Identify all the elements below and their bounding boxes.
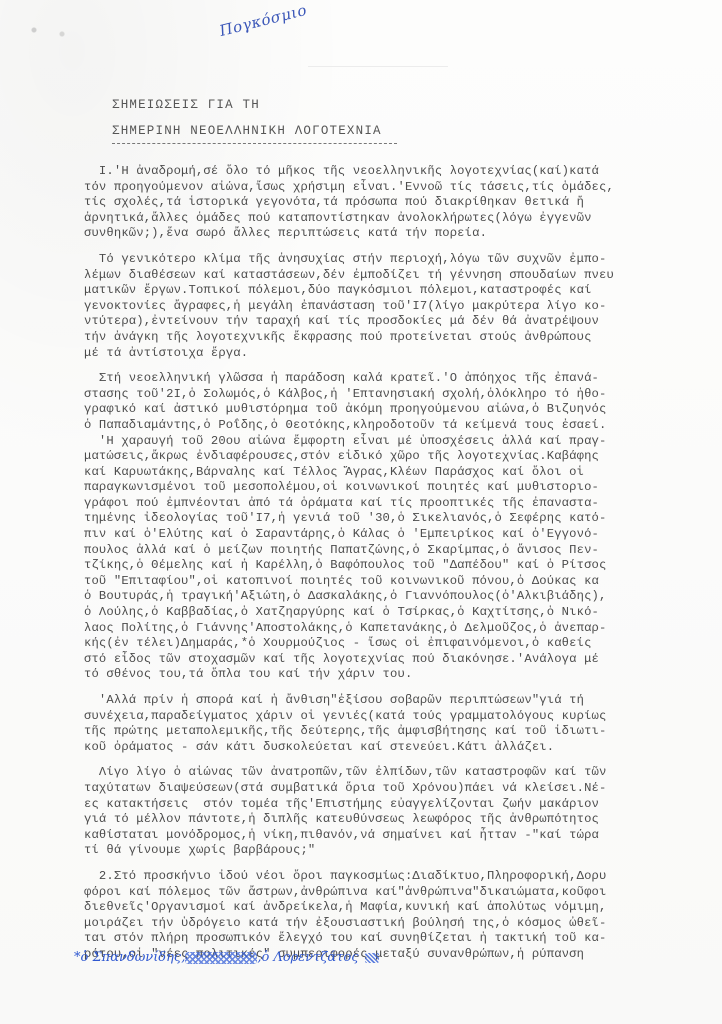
text-line: στό εἶδος τῶν στοχασμῶν καί τῆς λογοτεχν… [84,652,722,668]
text-line: πουλος ἀλλά καί ὁ μείζων ποιητής Παπατζώ… [84,543,722,559]
title-line-2: ΣΗΜΕΡΙΝΗ ΝΕΟΕΛΛΗΝΙΚΗ ΛΟΓΟΤΕΧΝΙΑ [112,118,382,144]
handwritten-footnote: *ὁ Σπανδωνίδης,,ὁ Λορεντζάτος [74,950,379,965]
paragraph: I.'Η ἀναδρομή,σέ ὅλο τό μῆκος τῆς νεοελλ… [84,164,722,242]
text-line: γραφικό καί ἀστικό μυθιστόρημα τοῦ ἀκόμη… [84,402,722,418]
text-line: τί θά γίνουμε χωρίς βαρβάρους;" [84,843,722,859]
text-line: Στή νεοελληνική γλῶσσα ἡ παράδοση καλά κ… [84,371,722,387]
text-line: ματώσεις,ἄκρως ἐνδιαφέρουσες,στόν εἰδικό… [84,449,722,465]
text-line: διεθνεῖς'Οργανισμοί καί ἀνδρείκελα,ἡ Μαφ… [84,900,722,916]
text-line: 'Η χαραυγή τοῦ 20ου αἰώνα ἔμφορτη εἶναι … [84,434,722,450]
text-line: ὁ Λούλης,ὁ Καββαδίας,ὁ Χατζηαργύρης καί … [84,605,722,621]
text-line: καί Καρυωτάκης,Βάρναλης καί Τέλλος Ἄγρας… [84,465,722,481]
footnote-prefix: *ὁ Σπανδωνίδης, [74,950,185,965]
text-line: λέμων διαθέσεων καί καταστάσεων,δέν ἐμπο… [84,268,722,284]
text-line: στασης τοῦ'2I,ὁ Σολωμός,ὁ Κάλβος,ἡ 'Επτα… [84,387,722,403]
text-line: ματικῶν ἔργων.Τοπικοί πόλεμοι,δύο παγκόσ… [84,283,722,299]
text-line: ταχύτατων διαψεύσεων(στά συμβατικά ὅρια … [84,781,722,797]
document-body: I.'Η ἀναδρομή,σέ ὅλο τό μῆκος τῆς νεοελλ… [84,164,722,963]
paragraph: Στή νεοελληνική γλῶσσα ἡ παράδοση καλά κ… [84,371,722,683]
text-line: ται στόν πλήρη προσωπικόν ἔλεγχό του καί… [84,931,722,947]
document-page: Πογκόσμιο ΣΗΜΕΙΩΣΕΙΣ ΓΙΑ ΤΗ ΣΗΜΕΡΙΝΗ ΝΕΟ… [0,0,722,1024]
paragraph: 'Αλλά πρίν ἡ σπορά καί ἡ ἄνθιση"ἐξίσου σ… [84,693,722,755]
text-line: τόν προηγούμενον αἰώνα,ἴσως χρήσιμη εἶνα… [84,180,722,196]
text-line: τῆς πρώτης μεταπολεμικῆς,τῆς δεύτερης,τῆ… [84,724,722,740]
text-line: Τό γενικότερο κλίμα τῆς ἀνησυχίας στήν π… [84,252,722,268]
text-line: κοῦ ὁράματος - σάν κάτι δυσκολεύεται καί… [84,740,722,756]
text-line: λαος Πολίτης,ὁ Γιάννης'Αποστολάκης,ὁ Καπ… [84,621,722,637]
paper-marks [20,20,90,40]
text-line: φόροι καί πόλεμος τῶν ἄστρων,ἀνθρώπινα κ… [84,885,722,901]
title-line-1: ΣΗΜΕΙΩΣΕΙΣ ΓΙΑ ΤΗ [112,92,382,118]
text-line: τζίκης,ὁ Θέμελης καί ἡ Καρέλλη,ὁ Βαφόπου… [84,558,722,574]
text-line: μέ τά ἀντίστοιχα ἔργα. [84,346,722,362]
text-line: κής(ἐν τέλει)Δημαράς,*ὁ Χουρμούζιος - ἴσ… [84,636,722,652]
text-line: συνέχεια,παραδείγματος χάριν οἱ γενιές(κ… [84,709,722,725]
text-line: παραγκωνισμένοι τοῦ μεσοπολέμου,οἱ κοινω… [84,480,722,496]
text-line: συνθηκῶν;),ἕνα σωρό ἄλλες περιπτώσεις κα… [84,226,722,242]
text-line: ες κατακτήσεις στόν τομέα τῆς'Επιστήμης … [84,797,722,813]
text-line: γενοκτονίες ἄγραφες,ἡ μεγάλη ἐπανάσταση … [84,299,722,315]
text-line: μοιράζει τήν ὑδρόγειο κατά τήν ἐξουσιαστ… [84,916,722,932]
text-line: Λίγο λίγο ὁ αἰώνας τῶν ἀνατροπῶν,τῶν ἐλπ… [84,765,722,781]
handwritten-annotation: Πογκόσμιο [218,1,309,40]
text-line: πιν καί ὁ'Ελύτης καί ὁ Σαραντάρης,ὁ Κάλα… [84,527,722,543]
paragraph: Τό γενικότερο κλίμα τῆς ἀνησυχίας στήν π… [84,252,722,361]
text-line: τήν ἀνάγκη τῆς λογοτεχνικῆς ἔκφρασης πού… [84,330,722,346]
text-line: γιά τό μέλλον πάντοτε,ἡ διπλῆς κατευθύνσ… [84,812,722,828]
footnote-suffix: ,ὁ Λορεντζάτος [257,950,358,965]
crossed-out-scribble [185,952,257,964]
text-line: γράφοι πού ἐμπνέονται ἀπό τά ὁράματα καί… [84,496,722,512]
text-line: τοῦ "Επιταφίου",οἱ κατοπινοί ποιητές τοῦ… [84,574,722,590]
title-underline [112,143,397,144]
text-line: τημένης ἰδεολογίας τοῦ'I7,ἡ γενιά τοῦ '3… [84,511,722,527]
document-title: ΣΗΜΕΙΩΣΕΙΣ ΓΙΑ ΤΗ ΣΗΜΕΡΙΝΗ ΝΕΟΕΛΛΗΝΙΚΗ Λ… [112,92,382,144]
crossed-out-scribble-small [365,953,379,963]
text-line: ἀρνητικά,ἄλλες ὁμάδες πού καταποντίστηκα… [84,211,722,227]
paragraph: 2.Στό προσκήνιο ἰδού νέοι ὅροι παγκοσμίω… [84,869,722,963]
text-line: ὁ Βουτυράς,ἡ τραγική'Αξιώτη,ὁ Δασκαλάκης… [84,589,722,605]
paragraph: Λίγο λίγο ὁ αἰώνας τῶν ἀνατροπῶν,τῶν ἐλπ… [84,765,722,859]
text-line: ὁ Παπαδιαμάντης,ὁ Ροΐδης,ὁ Θεοτόκης,κληρ… [84,418,722,434]
text-line: τίς σχολές,τά ἱστορικά γεγονότα,τά πρόσω… [84,195,722,211]
text-line: I.'Η ἀναδρομή,σέ ὅλο τό μῆκος τῆς νεοελλ… [84,164,722,180]
text-line: 2.Στό προσκήνιο ἰδού νέοι ὅροι παγκοσμίω… [84,869,722,885]
text-line: τό σθένος του,τά ὅπλα του καί τήν χάριν … [84,667,722,683]
text-line: καθίσταται μονόδρομος,ἡ νίκη,πιθανόν,νά … [84,828,722,844]
text-line: ντύτερα),ἐντείνουν τήν ταραχή καί τίς πρ… [84,314,722,330]
faint-stamp [308,52,448,67]
text-line: 'Αλλά πρίν ἡ σπορά καί ἡ ἄνθιση"ἐξίσου σ… [84,693,722,709]
